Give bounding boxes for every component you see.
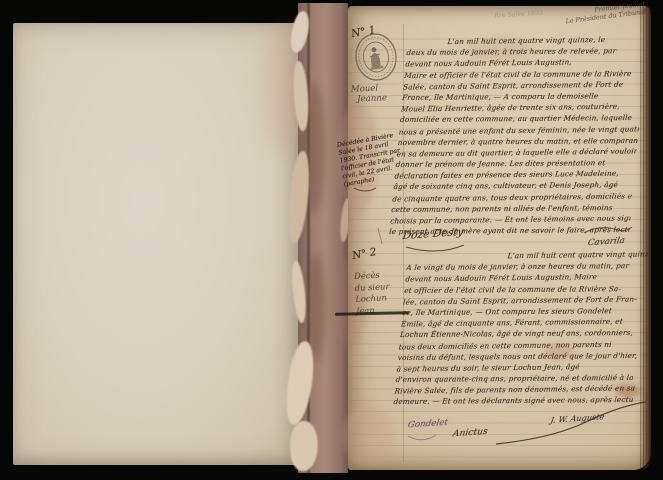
scanned-register-spread: Rre Salée 1895 Premier feuillet Le Prési… <box>0 0 663 480</box>
signature: J. W. Auguste <box>550 412 605 425</box>
margin-name-line: Jeanne <box>351 93 387 104</box>
handwritten-line: Lochun <box>355 292 390 305</box>
right-manuscript-page: Rre Salée 1895 Premier feuillet Le Prési… <box>348 6 651 470</box>
signature: Gondelet <box>407 418 449 431</box>
margin-name: Mouel Jeanne <box>351 83 387 104</box>
header-ink-note: Premier feuillet Le Président du Tribuna… <box>524 1 647 31</box>
binding-gutter <box>298 3 348 473</box>
act2-text-block: L'an mil huit cent quatre vingt quinze,A… <box>393 249 648 408</box>
page-edge-stack <box>640 6 651 470</box>
act1-text-block: L'an mil huit cent quatre vingt quinze, … <box>389 34 649 237</box>
signature: Anictus <box>452 427 489 439</box>
handwritten-line: demeure. — Et ont les déclarants signé a… <box>393 394 634 407</box>
left-blank-page <box>13 23 300 465</box>
act-number: N° 2 <box>351 246 377 262</box>
torn-paper-fragment <box>288 420 319 472</box>
act2-margin-title: Décèsdu sieurLochunJean <box>354 269 391 317</box>
paper-stain <box>342 404 394 466</box>
signature: Cavarila <box>587 236 626 249</box>
